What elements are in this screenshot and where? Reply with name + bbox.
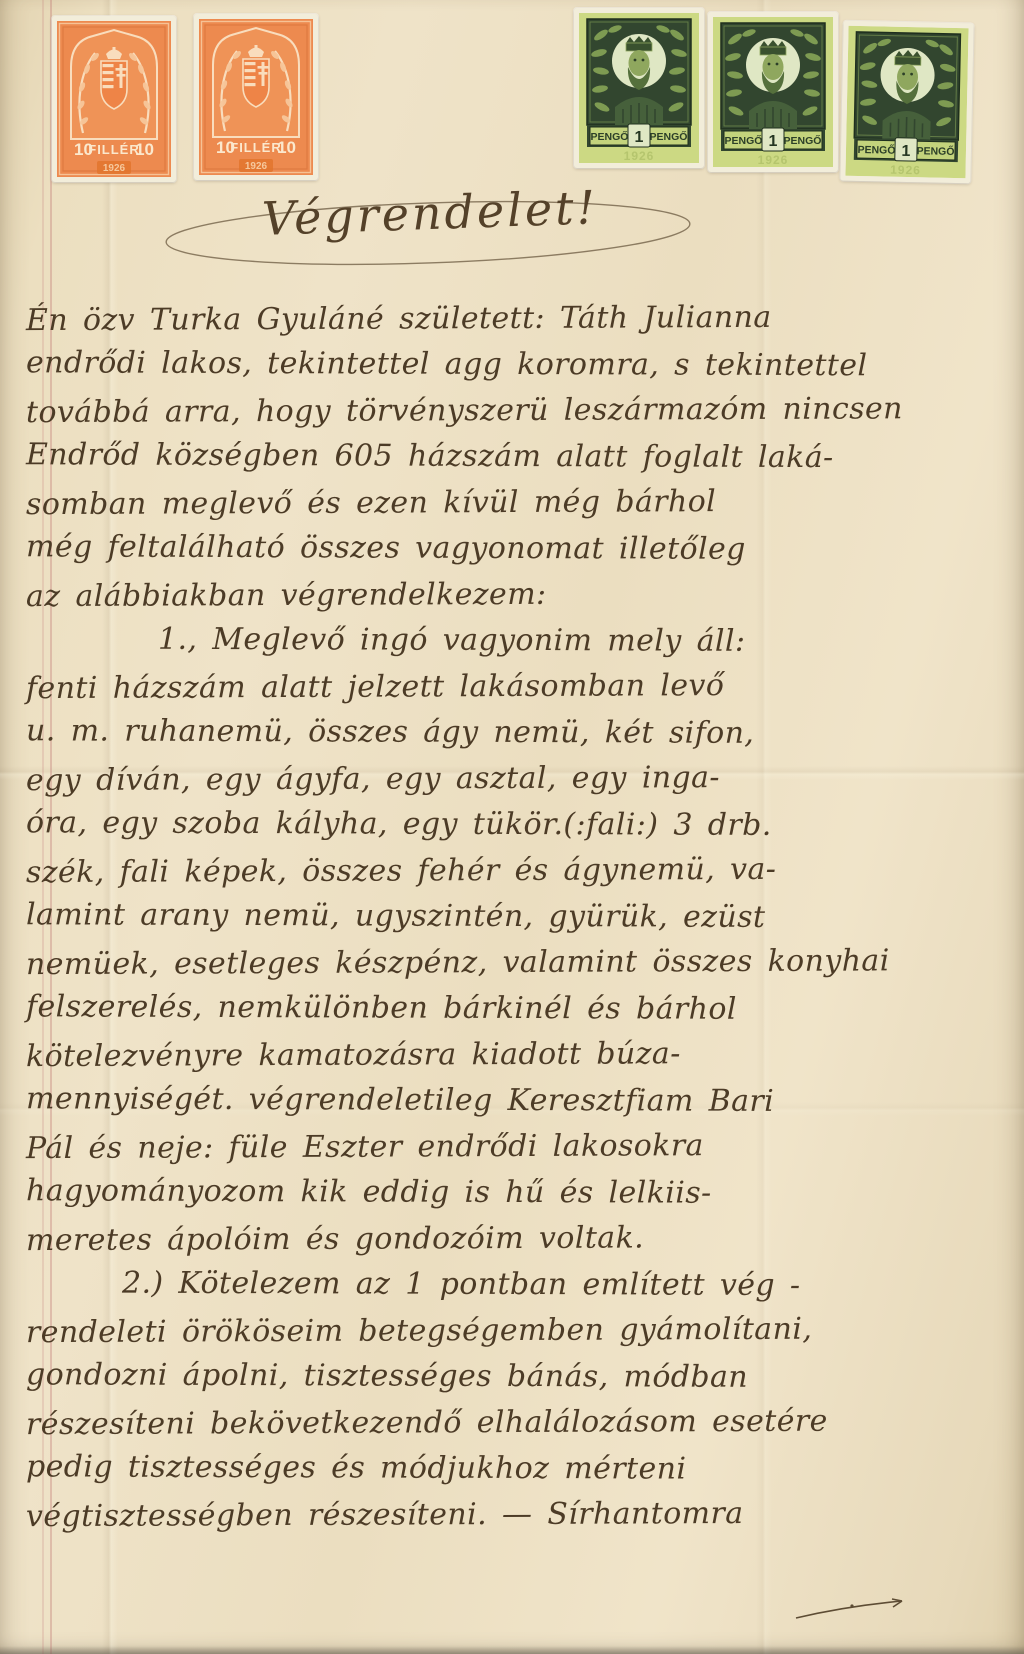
- handwritten-line: szék, fali képek, összes fehér és ágynem…: [26, 846, 1006, 896]
- pengo-stamp-graphic: PENGŐ 1 PENGŐ 1926: [845, 26, 968, 178]
- handwritten-line: nemüek, esetleges készpénz, valamint öss…: [26, 938, 1006, 988]
- handwritten-line: mennyiségét. végrendeletileg Keresztfiam…: [26, 1076, 1006, 1125]
- handwritten-line: óra, egy szoba kályha, egy tükör.(:fali:…: [26, 800, 1006, 849]
- handwritten-line: lamint arany nemü, ugyszintén, gyürük, e…: [26, 892, 1006, 941]
- handwritten-line: 2.) Kötelezem az 1 pontban említett vég …: [26, 1260, 1006, 1309]
- handwritten-line: hagyományozom kik eddig is hű és lelkiis…: [26, 1168, 1006, 1217]
- continuation-arrow-icon: [790, 1588, 920, 1628]
- revenue-stamp-1-pengo: PENGŐ 1 PENGŐ 1926: [708, 12, 838, 172]
- handwritten-line: Endrőd községben 605 házszám alatt fogla…: [26, 432, 1006, 481]
- scanned-will-document-page: 10 FILLÉR 10 1926: [0, 0, 1024, 1654]
- pengo-year-label: 1926: [758, 153, 789, 167]
- continuation-arrow-block: [790, 1588, 920, 1632]
- handwritten-line: részesíteni bekövetkezendő elhalálozásom…: [26, 1398, 1006, 1448]
- handwritten-line: u. m. ruhanemü, összes ágy nemü, két sif…: [26, 708, 1006, 757]
- filler-value-right: 10: [135, 140, 154, 159]
- handwritten-line: pedig tisztességes és módjukhoz mérteni: [26, 1444, 1006, 1493]
- pengo-stamp-graphic: PENGŐ 1 PENGŐ 1926: [579, 13, 699, 163]
- scan-bottom-edge: [0, 1646, 1024, 1654]
- pengo-label-right: PENGŐ: [916, 144, 954, 158]
- handwritten-line: felszerelés, nemkülönben bárkinél és bár…: [26, 984, 1006, 1033]
- pengo-value: 1: [769, 133, 778, 150]
- handwritten-line: egy díván, egy ágyfa, egy asztal, egy in…: [26, 754, 1006, 804]
- filler-value-right: 10: [277, 138, 296, 157]
- filler-year-label: 1926: [245, 161, 268, 172]
- handwritten-line: Én özv Turka Gyuláné született: Táth Jul…: [26, 294, 1006, 344]
- pengo-label-right: PENGŐ: [650, 130, 688, 143]
- filler-unit-label: FILLÉR: [88, 142, 140, 157]
- document-title-block: Végrendelet!: [150, 178, 710, 278]
- filler-unit-label: FILLÉR: [230, 140, 282, 155]
- revenue-stamp-1-pengo: PENGŐ 1 PENGŐ 1926: [574, 8, 704, 168]
- filler-year-label: 1926: [103, 163, 126, 174]
- pengo-value: 1: [635, 129, 644, 146]
- handwritten-line: az alábbiakban végrendelkezem:: [26, 570, 1006, 620]
- handwritten-body: Én özv Turka Gyuláné született: Táth Jul…: [26, 296, 1006, 1538]
- revenue-stamp-1-pengo: PENGŐ 1 PENGŐ 1926: [840, 21, 973, 184]
- pengo-label-left: PENGŐ: [857, 143, 895, 157]
- pengo-label-left: PENGŐ: [725, 134, 763, 147]
- handwritten-line: meretes ápolóim és gondozóim voltak.: [26, 1214, 1006, 1264]
- pengo-year-label: 1926: [624, 149, 655, 163]
- handwritten-line: endrődi lakos, tekintettel agg koromra, …: [26, 340, 1006, 389]
- handwritten-line: kötelezvényre kamatozásra kiadott búza-: [26, 1030, 1006, 1080]
- pengo-year-label: 1926: [890, 163, 921, 178]
- pengo-value: 1: [901, 143, 910, 160]
- handwritten-line: fenti házszám alatt jelzett lakásomban l…: [26, 662, 1006, 712]
- pengo-stamp-graphic: PENGŐ 1 PENGŐ 1926: [713, 17, 833, 167]
- handwritten-line: még feltalálható összes vagyonomat illet…: [26, 524, 1006, 573]
- pengo-label-left: PENGŐ: [591, 130, 629, 143]
- handwritten-line: végtisztességben részesíteni. — Sírhanto…: [26, 1490, 1006, 1540]
- handwritten-line: rendeleti örököseim betegségemben gyámol…: [26, 1306, 1006, 1356]
- handwritten-line: továbbá arra, hogy törvényszerü leszárma…: [26, 386, 1006, 436]
- filler-stamp-graphic: 10 FILLÉR 10 1926: [57, 21, 171, 177]
- handwritten-line: 1., Meglevő ingó vagyonim mely áll:: [26, 616, 1006, 665]
- revenue-stamp-10-filler: 10 FILLÉR 10 1926: [52, 16, 176, 182]
- handwritten-line: Pál és neje: füle Eszter endrődi lakosok…: [26, 1122, 1006, 1172]
- filler-stamp-graphic: 10 FILLÉR 10 1926: [199, 19, 313, 175]
- handwritten-line: gondozni ápolni, tisztességes bánás, mód…: [26, 1352, 1006, 1401]
- revenue-stamp-10-filler: 10 FILLÉR 10 1926: [194, 14, 318, 180]
- pengo-label-right: PENGŐ: [784, 134, 822, 147]
- handwritten-line: somban meglevő és ezen kívül még bárhol: [26, 478, 1006, 528]
